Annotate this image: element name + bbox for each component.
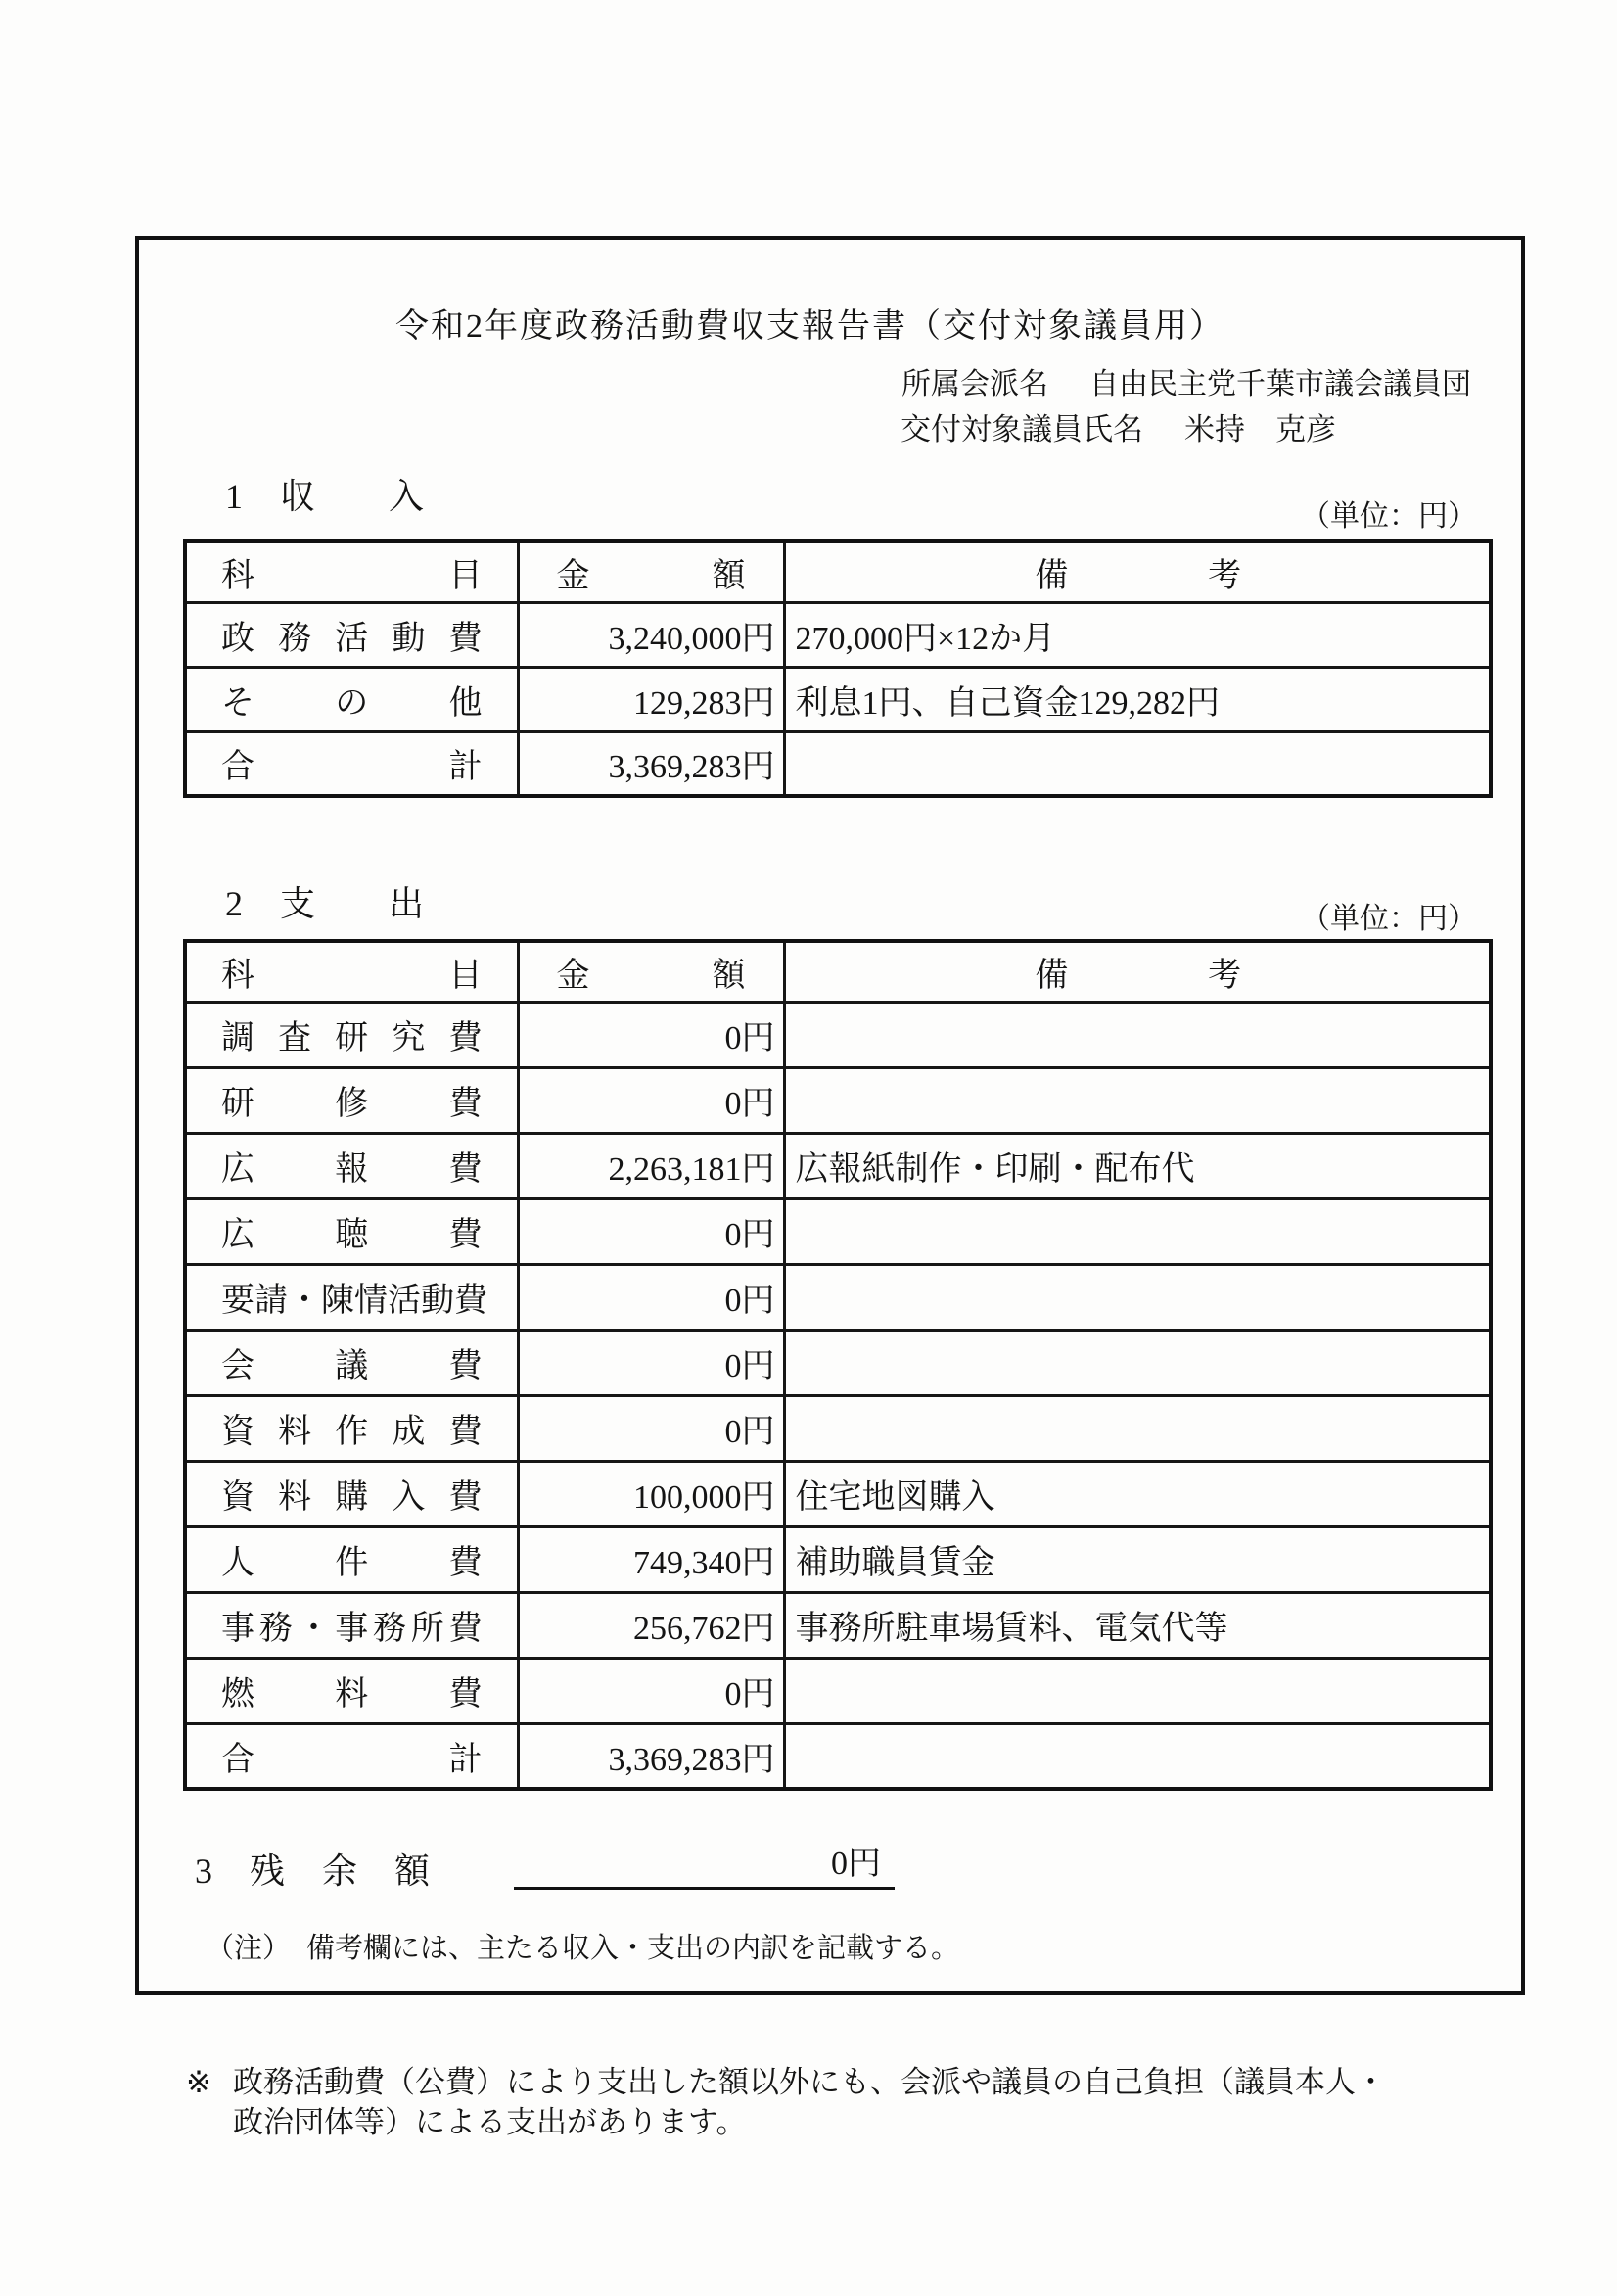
- income-table: 科目 金額 備考 政務活動費 3,240,000円 270,000円×12か月 …: [183, 539, 1493, 798]
- balance-value: 0円: [514, 1842, 895, 1890]
- amount-cell: 100,000円: [518, 1461, 784, 1526]
- faction-label: 所属会派名: [901, 359, 1048, 402]
- expense-section-heading: 2 支 出: [225, 876, 425, 926]
- faction-row: 所属会派名 自由民主党千葉市議会議員団: [901, 359, 1471, 402]
- income-row: その他 129,283円 利息1円、自己資金129,282円: [185, 667, 1491, 731]
- item-cell: 調査研究費: [185, 1002, 518, 1067]
- income-total-row: 合計 3,369,283円: [185, 731, 1491, 796]
- remarks-cell: 広報紙制作・印刷・配布代: [784, 1133, 1491, 1198]
- column-header-amount: 金額: [518, 941, 784, 1002]
- balance-heading: 3 残 余 額: [195, 1844, 431, 1894]
- remarks-cell: [784, 1395, 1491, 1461]
- remarks-cell: 事務所駐車場賃料、電気代等: [784, 1592, 1491, 1658]
- column-header-remarks-text: 備考: [896, 948, 1381, 996]
- remarks-cell: 補助職員賃金: [784, 1526, 1491, 1592]
- expense-row: 資料購入費 100,000円 住宅地図購入: [185, 1461, 1491, 1526]
- column-header-item: 科目: [185, 541, 518, 602]
- note-marker: （注）: [206, 1926, 291, 1966]
- amount-cell: 749,340円: [518, 1526, 784, 1592]
- footnote-marker: ※: [186, 2062, 211, 2142]
- remarks-cell: 利息1円、自己資金129,282円: [784, 667, 1491, 731]
- footnote-text: 政務活動費（公費）により支出した額以外にも、会派や議員の自己負担（議員本人・ 政…: [233, 2062, 1386, 2142]
- note-text: 備考欄には、主たる収入・支出の内訳を記載する。: [306, 1926, 959, 1966]
- amount-cell: 129,283円: [518, 667, 784, 731]
- expense-row: 人件費 749,340円 補助職員賃金: [185, 1526, 1491, 1592]
- report-frame: 令和2年度政務活動費収支報告書（交付対象議員用） 所属会派名 自由民主党千葉市議…: [135, 236, 1525, 1995]
- amount-cell: 0円: [518, 1330, 784, 1395]
- expense-row: 会議費 0円: [185, 1330, 1491, 1395]
- amount-cell: 3,369,283円: [518, 731, 784, 796]
- remarks-cell: [784, 731, 1491, 796]
- column-header-remarks: 備考: [784, 541, 1491, 602]
- remarks-cell: [784, 1658, 1491, 1723]
- expense-row: 広報費 2,263,181円 広報紙制作・印刷・配布代: [185, 1133, 1491, 1198]
- item-cell: 広聴費: [185, 1198, 518, 1264]
- item-cell: 資料購入費: [185, 1461, 518, 1526]
- amount-cell: 0円: [518, 1658, 784, 1723]
- income-header-row: 科目 金額 備考: [185, 541, 1491, 602]
- expense-row: 調査研究費 0円: [185, 1002, 1491, 1067]
- expense-row: 燃料費 0円: [185, 1658, 1491, 1723]
- scanned-report-page: 令和2年度政務活動費収支報告書（交付対象議員用） 所属会派名 自由民主党千葉市議…: [0, 0, 1617, 2296]
- amount-cell: 2,263,181円: [518, 1133, 784, 1198]
- amount-cell: 3,369,283円: [518, 1723, 784, 1789]
- expense-row: 要請・陳情活動費 0円: [185, 1264, 1491, 1330]
- amount-cell: 0円: [518, 1067, 784, 1133]
- footnote: ※ 政務活動費（公費）により支出した額以外にも、会派や議員の自己負担（議員本人・…: [186, 2062, 1386, 2142]
- income-unit-label: （単位：円）: [1301, 492, 1477, 535]
- item-cell: 会議費: [185, 1330, 518, 1395]
- expense-total-row: 合計 3,369,283円: [185, 1723, 1491, 1789]
- member-label: 交付対象議員氏名: [901, 404, 1143, 448]
- note-line: （注） 備考欄には、主たる収入・支出の内訳を記載する。: [206, 1926, 959, 1966]
- remarks-cell: 270,000円×12か月: [784, 602, 1491, 667]
- expense-header-row: 科目 金額 備考: [185, 941, 1491, 1002]
- item-cell: 研修費: [185, 1067, 518, 1133]
- remarks-cell: [784, 1002, 1491, 1067]
- expense-row: 広聴費 0円: [185, 1198, 1491, 1264]
- item-cell: 政務活動費: [185, 602, 518, 667]
- remarks-cell: [784, 1067, 1491, 1133]
- expense-row: 事務・事務所費 256,762円 事務所駐車場賃料、電気代等: [185, 1592, 1491, 1658]
- remarks-cell: [784, 1264, 1491, 1330]
- item-cell: 要請・陳情活動費: [185, 1264, 518, 1330]
- item-cell: 広報費: [185, 1133, 518, 1198]
- column-header-remarks: 備考: [784, 941, 1491, 1002]
- income-section-heading: 1 収 入: [225, 469, 425, 519]
- faction-name: 自由民主党千葉市議会議員団: [1089, 359, 1471, 402]
- item-cell: 合計: [185, 1723, 518, 1789]
- remarks-cell: [784, 1330, 1491, 1395]
- amount-cell: 3,240,000円: [518, 602, 784, 667]
- expense-table: 科目 金額 備考 調査研究費 0円 研修費 0円 広報費 2,263,181円 …: [183, 939, 1493, 1791]
- remarks-cell: [784, 1198, 1491, 1264]
- amount-cell: 0円: [518, 1395, 784, 1461]
- expense-row: 資料作成費 0円: [185, 1395, 1491, 1461]
- item-cell: 資料作成費: [185, 1395, 518, 1461]
- item-cell: 合計: [185, 731, 518, 796]
- footnote-line: 政治団体等）による支出があります。: [233, 2102, 1386, 2142]
- remarks-cell: [784, 1723, 1491, 1789]
- item-cell: 事務・事務所費: [185, 1592, 518, 1658]
- item-cell: その他: [185, 667, 518, 731]
- item-cell: 燃料費: [185, 1658, 518, 1723]
- amount-cell: 0円: [518, 1002, 784, 1067]
- item-cell: 人件費: [185, 1526, 518, 1592]
- expense-unit-label: （単位：円）: [1301, 894, 1477, 937]
- column-header-amount: 金額: [518, 541, 784, 602]
- column-header-remarks-text: 備考: [896, 548, 1381, 596]
- remarks-cell: 住宅地図購入: [784, 1461, 1491, 1526]
- amount-cell: 256,762円: [518, 1592, 784, 1658]
- page-title: 令和2年度政務活動費収支報告書（交付対象議員用）: [395, 299, 1224, 347]
- income-row: 政務活動費 3,240,000円 270,000円×12か月: [185, 602, 1491, 667]
- amount-cell: 0円: [518, 1264, 784, 1330]
- column-header-item: 科目: [185, 941, 518, 1002]
- footnote-line: 政務活動費（公費）により支出した額以外にも、会派や議員の自己負担（議員本人・: [233, 2062, 1386, 2102]
- expense-row: 研修費 0円: [185, 1067, 1491, 1133]
- amount-cell: 0円: [518, 1198, 784, 1264]
- member-name: 米持 克彦: [1184, 404, 1336, 448]
- member-row: 交付対象議員氏名 米持 克彦: [901, 404, 1336, 448]
